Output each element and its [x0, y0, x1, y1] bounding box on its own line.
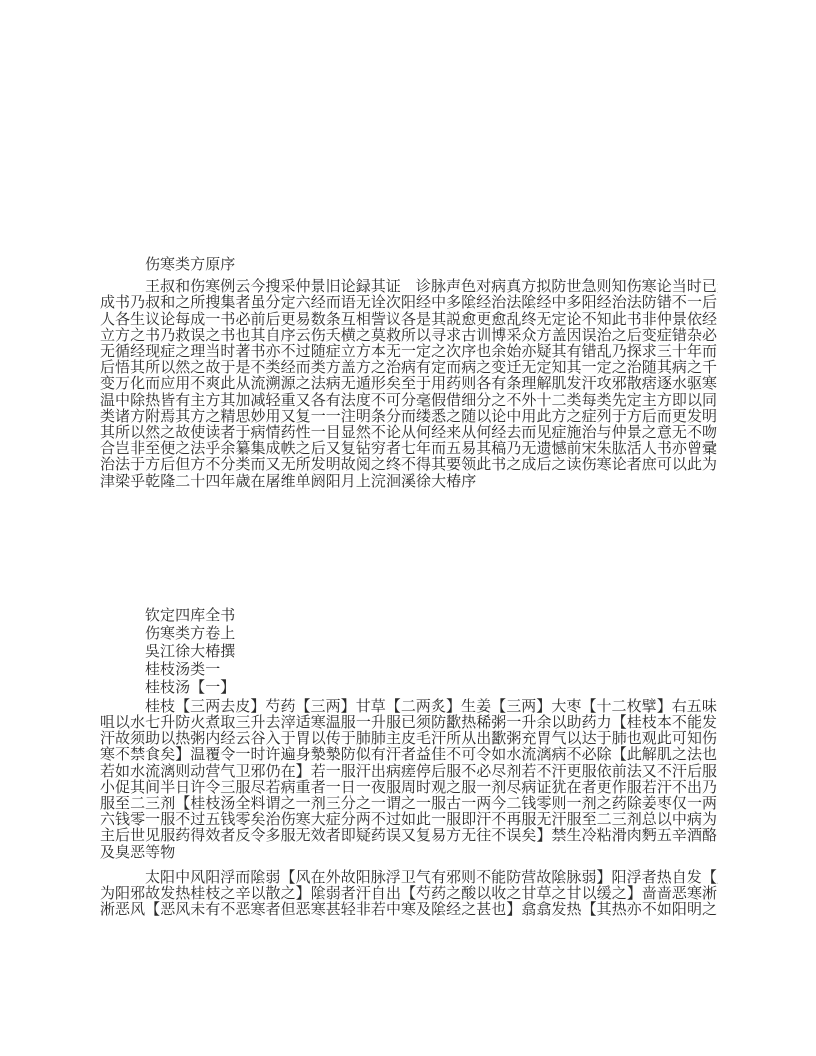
- text-line: 六钱零一服不过五钱零矣治伤寒大症分两不过如此一服即汗不再服无汗服至二三剂总以中病…: [100, 811, 718, 827]
- text-line: 淅恶风【恶风未有不恶寒者但恶寒甚轻非若中寒及隂经之甚也】翕翕发热【其热亦不如阳明…: [100, 901, 718, 917]
- text-line: 人各生议论每成一书必前后更易数条互相訾议各是其説愈更愈乱终无定论不知此书非仲景依…: [100, 311, 718, 327]
- text-line: 成书乃叔和之所搜集者虽分定六经而语无诠次阳经中多隂经治法隂经中多阳经治法防错不一…: [100, 294, 718, 310]
- text-line: 立方之书乃救误之书也其自序云伤夭横之莫救所以寻求古训博采众方盖因误治之后变症错杂…: [100, 327, 718, 343]
- text-line: 温中除热皆有主方其加减轻重又各有法度不可分毫假借细分之不外十二类每类先定主方即以…: [100, 392, 718, 408]
- text-line: 伤寒类方卷上: [100, 624, 718, 642]
- text-line: 若如水流漓则动营气卫邪仍在】若一服汗出病瘥停后服不必尽剂若不汗更服依前法又不汗后…: [100, 763, 718, 779]
- text-line: 咀以水七升防火煮取三升去滓适寒温服一升服已须防歠热稀粥一升余以助药力【桂枝本不能…: [100, 714, 718, 730]
- text-line: 王叔和伤寒例云今搜采仲景旧论録其证 诊脉声色对病真方拟防世急则知伤寒论当时已无: [100, 278, 718, 294]
- text-line: 桂枝汤类一: [100, 660, 718, 678]
- text-line: 汗故须助以热粥内经云谷入于胃以传于肺肺主皮毛汗所从出歠粥充胃气以达于肺也观此可知…: [100, 730, 718, 746]
- text-line: 变万化而应用不爽此从流溯源之法病无遁形矣至于用药则各有条理解肌发汗攻邪散痞逐水驱…: [100, 375, 718, 391]
- preface-title: 伤寒类方原序: [100, 256, 718, 272]
- text-line: 无循经现症之理当时著书亦不过随症立方本无一定之次序也余始亦疑其有错乱乃探求三十年…: [100, 343, 718, 359]
- text-line: 小促其间半日许令三服尽若病重者一日一夜服周时观之服一剂尽病证犹在者更作服若汗不出…: [100, 779, 718, 795]
- taiyang-zhongfeng-paragraph: 太阳中风阳浮而隂弱【风在外故阳脉浮卫气有邪则不能防营故隂脉弱】阳浮者热自发【风为…: [100, 869, 718, 918]
- text-line: 津梁乎乾隆二十四年歳在屠维单阏阳月上浣洄溪徐大椿序: [100, 473, 718, 489]
- text-line: 合岂非至便之法乎余纂集成帙之后又复钻穷者七年而五易其稿乃无遗憾前宋朱肱活人书亦曾…: [100, 440, 718, 456]
- text-line: 类诸方附焉其方之精思妙用又复一一注明条分而缕悉之随以论中用此方之症列于方后而更发…: [100, 408, 718, 424]
- guizhitang-formula-paragraph: 桂枝【三两去皮】芍药【三两】甘草【二两炙】生姜【三两】大枣【十二枚擘】右五味防咀…: [100, 698, 718, 860]
- volume-header: 钦定四库全书伤寒类方卷上吳江徐大椿撰桂枝汤类一桂枝汤【一】: [100, 606, 718, 696]
- text-line: 寒不禁食矣】温覆令一时许遍身漐漐防似有汗者益佳不可令如水流漓病不必除【此解肌之法…: [100, 746, 718, 762]
- preface-paragraph: 王叔和伤寒例云今搜采仲景旧论録其证 诊脉声色对病真方拟防世急则知伤寒论当时已无成…: [100, 278, 718, 489]
- text-line: 桂枝汤【一】: [100, 678, 718, 696]
- text-line: 为阳邪故发热桂枝之辛以散之】隂弱者汗自出【芍药之酸以收之甘草之甘以缓之】啬啬恶寒…: [100, 885, 718, 901]
- text-line: 治法于方后但方不分类而又无所发明故阅之终不得其要领此书之成后之读伤寒论者庶可以此…: [100, 456, 718, 472]
- text-line: 吳江徐大椿撰: [100, 642, 718, 660]
- text-line: 后悟其所以然之故于是不类经而类方盖方之治病有定而病之变迁无定知其一定之治随其病之…: [100, 359, 718, 375]
- text-line: 及臭恶等物: [100, 844, 718, 860]
- document-page: 伤寒类方原序 王叔和伤寒例云今搜采仲景旧论録其证 诊脉声色对病真方拟防世急则知伤…: [0, 0, 816, 1056]
- text-line: 桂枝【三两去皮】芍药【三两】甘草【二两炙】生姜【三两】大枣【十二枚擘】右五味防: [100, 698, 718, 714]
- text-line: 钦定四库全书: [100, 606, 718, 624]
- text-line: 其所以然之故使读者于病情药性一目显然不论从何经来从何经去而见症施治与仲景之意无不…: [100, 424, 718, 440]
- text-line: 主后世见服药得效者反令多服无效者即疑药误又复易方无往不误矣】禁生冷粘滑肉麪五辛酒…: [100, 827, 718, 843]
- text-line: 服至二三剂【桂枝汤全料谓之一剂三分之一谓之一服古一两今二钱零则一剂之药除姜枣仅一…: [100, 795, 718, 811]
- text-line: 太阳中风阳浮而隂弱【风在外故阳脉浮卫气有邪则不能防营故隂脉弱】阳浮者热自发【风: [100, 869, 718, 885]
- preface-section: 伤寒类方原序 王叔和伤寒例云今搜采仲景旧论録其证 诊脉声色对病真方拟防世急则知伤…: [100, 256, 718, 489]
